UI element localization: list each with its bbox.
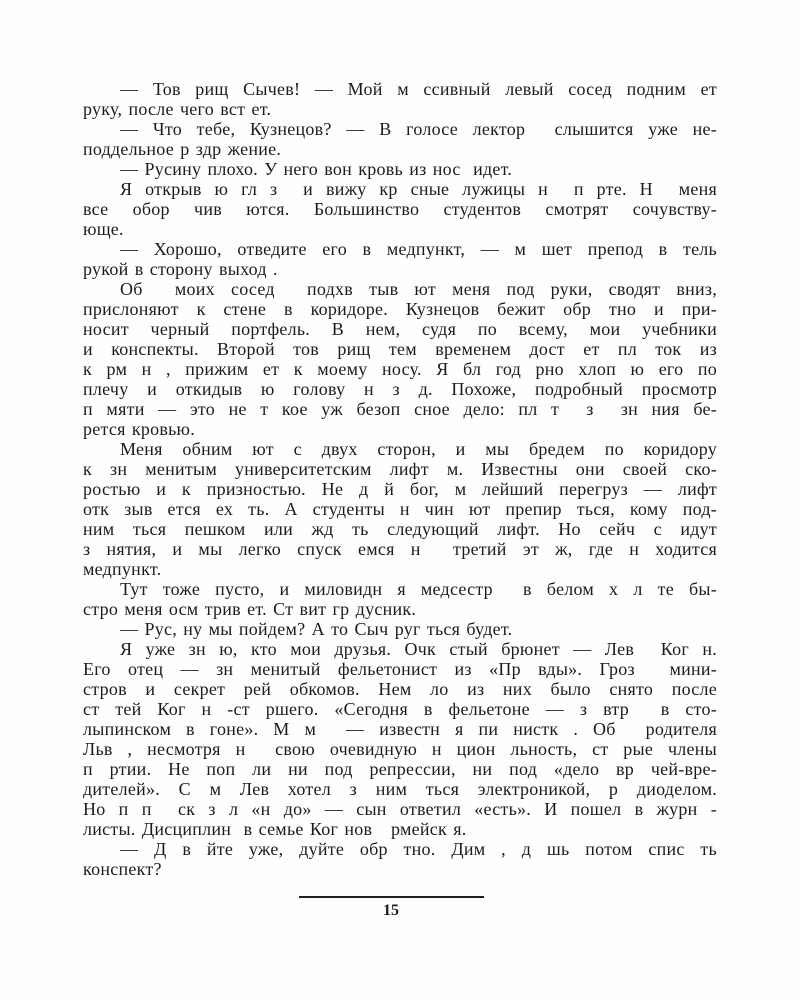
text-line: з нятия, и мы легко спуск емся н третий … — [83, 539, 717, 559]
text-line: Я уже зн ю, кто мои друзья. Очк стый брю… — [83, 639, 717, 659]
text-line: п ртии. Не поп ли ни под репрессии, ни п… — [83, 759, 717, 779]
text-line: Меня обним ют с двух сторон, и мы бредем… — [83, 439, 717, 459]
page-number: 15 — [0, 902, 782, 920]
text-line: юще. — [83, 219, 717, 239]
text-line: и конспекты. Второй тов рищ тем временем… — [83, 339, 717, 359]
text-line: — Тов рищ Сычев! — Мой м ссивный левый с… — [83, 79, 717, 99]
footer-rule — [299, 896, 484, 898]
paragraph: Об моих сосед подхв тыв ют меня под руки… — [83, 279, 717, 439]
text-line: листы. Дисциплин в семье Ког нов рмейск … — [83, 819, 717, 839]
text-line: Льв , несмотря н свою очевидную н цион л… — [83, 739, 717, 759]
text-line: дителей». С м Лев хотел з ним ться элект… — [83, 779, 717, 799]
paragraph: — Рус, ну мы пойдем? А то Сыч руг ться б… — [83, 619, 717, 639]
paragraph: — Д в йте уже, дуйте обр тно. Дим , д шь… — [83, 839, 717, 879]
text-line: — Русину плохо. У него вон кровь из нос … — [83, 159, 717, 179]
text-line: ст тей Ког н -ст ршего. «Сегодня в фелье… — [83, 699, 717, 719]
text-line: лыпинском в гоне». М м — известн я пи ни… — [83, 719, 717, 739]
page-text: — Тов рищ Сычев! — Мой м ссивный левый с… — [83, 79, 717, 879]
book-page: — Тов рищ Сычев! — Мой м ссивный левый с… — [0, 0, 800, 1000]
text-line: плечу и откидыв ю голову н з д. Похоже, … — [83, 379, 717, 399]
text-line: прислоняют к стене в коридоре. Кузнецов … — [83, 299, 717, 319]
paragraph: — Русину плохо. У него вон кровь из нос … — [83, 159, 717, 179]
paragraph: — Что тебе, Кузнецов? — В голосе лектор … — [83, 119, 717, 159]
text-line: — Хорошо, отведите его в медпункт, — м ш… — [83, 239, 717, 259]
text-line: медпункт. — [83, 559, 717, 579]
paragraph: Тут тоже пусто, и миловидн я медсестр в … — [83, 579, 717, 619]
text-line: к рм н , прижим ет к моему носу. Я бл го… — [83, 359, 717, 379]
text-line: Об моих сосед подхв тыв ют меня под руки… — [83, 279, 717, 299]
text-line: к зн менитым университетским лифт м. Изв… — [83, 459, 717, 479]
text-line: рется кровью. — [83, 419, 717, 439]
text-line: руку, после чего вст ет. — [83, 99, 717, 119]
paragraph: — Тов рищ Сычев! — Мой м ссивный левый с… — [83, 79, 717, 119]
text-line: п мяти — это не т кое уж безоп сное дело… — [83, 399, 717, 419]
text-line: рукой в сторону выход . — [83, 259, 717, 279]
text-line: ним ться пешком или жд ть следующий лифт… — [83, 519, 717, 539]
text-line: Но п п ск з л «н до» — сын ответил «есть… — [83, 799, 717, 819]
text-line: отк зыв ется ех ть. А студенты н чин ют … — [83, 499, 717, 519]
text-line: — Что тебе, Кузнецов? — В голосе лектор … — [83, 119, 717, 139]
text-line: ростью и к призностью. Не д й бог, м лей… — [83, 479, 717, 499]
text-line: Тут тоже пусто, и миловидн я медсестр в … — [83, 579, 717, 599]
text-line: Я открыв ю гл з и вижу кр сные лужицы н … — [83, 179, 717, 199]
paragraph: Меня обним ют с двух сторон, и мы бредем… — [83, 439, 717, 579]
text-line: все обор чив ются. Большинство студентов… — [83, 199, 717, 219]
text-line: Его отец — зн менитый фельетонист из «Пр… — [83, 659, 717, 679]
text-line: — Рус, ну мы пойдем? А то Сыч руг ться б… — [83, 619, 717, 639]
paragraph: Я уже зн ю, кто мои друзья. Очк стый брю… — [83, 639, 717, 839]
paragraph: — Хорошо, отведите его в медпункт, — м ш… — [83, 239, 717, 279]
text-line: — Д в йте уже, дуйте обр тно. Дим , д шь… — [83, 839, 717, 859]
text-line: носит черный портфель. В нем, судя по вс… — [83, 319, 717, 339]
text-line: конспект? — [83, 859, 717, 879]
page-footer: 15 — [0, 896, 782, 920]
text-line: стро меня осм трив ет. Ст вит гр дусник. — [83, 599, 717, 619]
text-line: поддельное р здр жение. — [83, 139, 717, 159]
paragraph: Я открыв ю гл з и вижу кр сные лужицы н … — [83, 179, 717, 239]
text-line: стров и секрет рей обкомов. Нем ло из ни… — [83, 679, 717, 699]
